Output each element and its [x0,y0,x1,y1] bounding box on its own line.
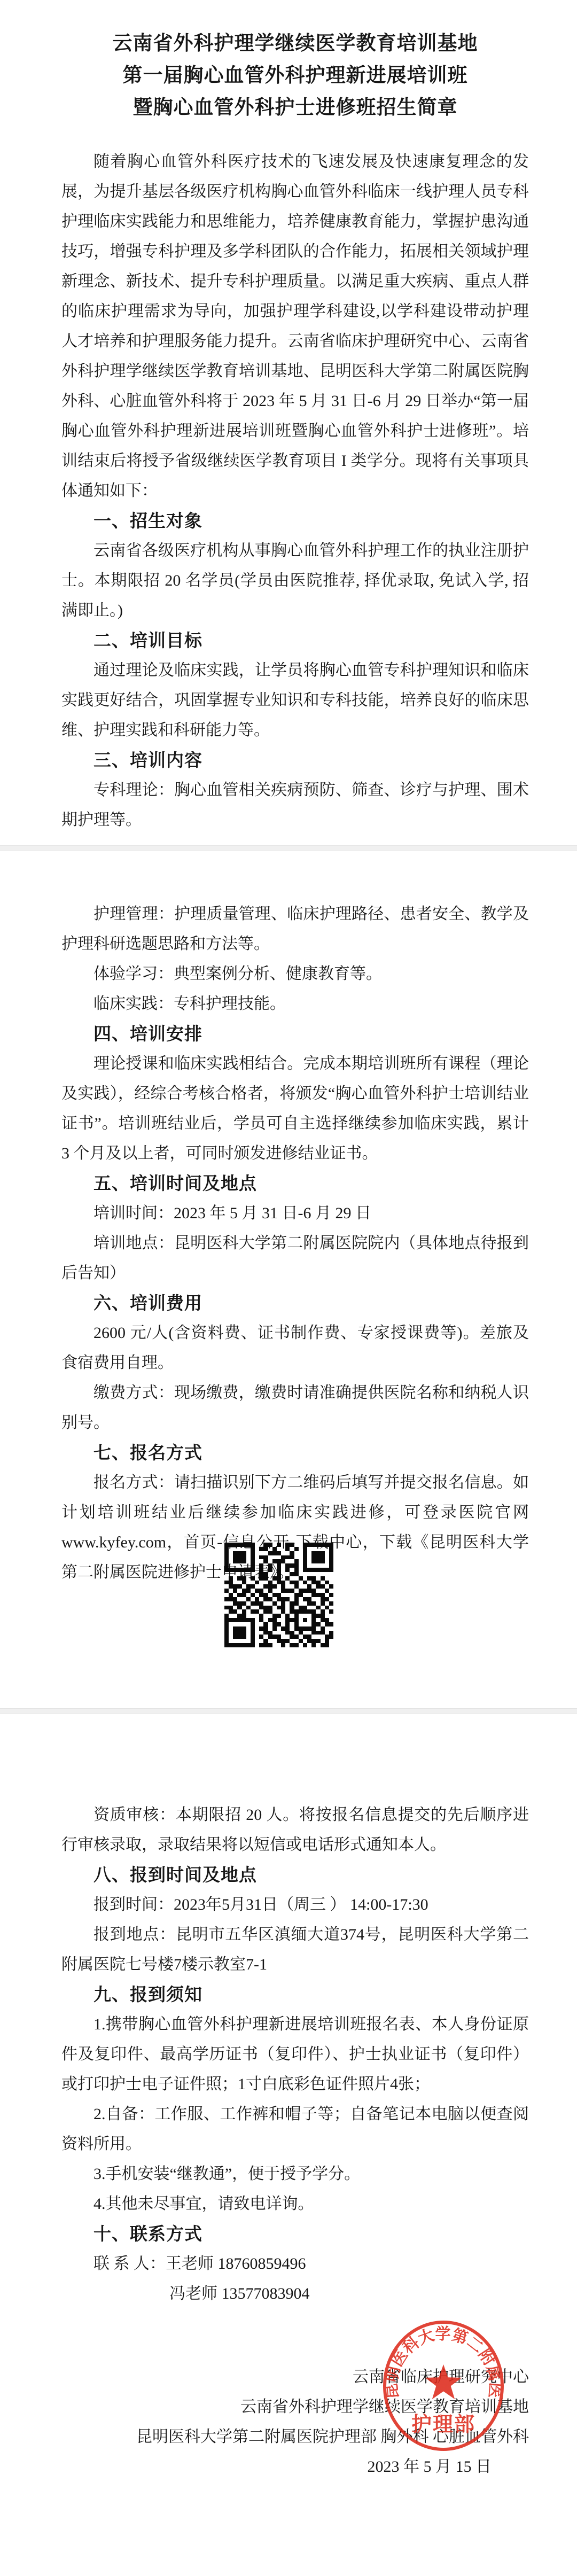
intro-paragraph: 随着胸心血管外科医疗技术的飞速发展及快速康复理念的发展，为提升基层各级医疗机构胸… [61,147,529,506]
seal-dept-text: 护理部 [411,2414,475,2436]
section-heading-enrollment-target: 一、招生对象 [61,506,529,536]
seal-star-icon [425,2364,462,2399]
training-arrangement-paragraph: 理论授课和临床实践相结合。完成本期培训班所有课程（理论及实践），经综合考核合格者… [61,1049,529,1169]
experiential-learning-paragraph: 体验学习：典型案例分析、健康教育等。 [61,959,529,989]
section-heading-time-place: 五、培训时间及地点 [61,1169,529,1198]
section-heading-fee: 六、培训费用 [61,1288,529,1318]
training-goal-paragraph: 通过理论及临床实践，让学员将胸心血管专科护理知识和临床实践更好结合，巩固掌握专业… [61,656,529,745]
contact-person-2: 冯老师 13577083904 [61,2279,529,2309]
checkin-note-item-1: 1.携带胸心血管外科护理新进展培训班报名表、本人身份证原件及复印件、最高学历证书… [61,2010,529,2099]
section-heading-training-goal: 二、培训目标 [61,626,529,656]
document-page-1: 云南省外科护理学继续医学教育培训基地 第一届胸心血管外科护理新进展培训班 暨胸心… [61,0,529,845]
section-heading-checkin-time-place: 八、报到时间及地点 [61,1860,529,1890]
page-title: 云南省外科护理学继续医学教育培训基地 第一届胸心血管外科护理新进展培训班 暨胸心… [61,28,529,124]
clinical-practice-paragraph: 临床实践：专科护理技能。 [61,989,529,1019]
payment-method-paragraph: 缴费方式：现场缴费，缴费时请准确提供医院名称和纳税人识别号。 [61,1378,529,1438]
section-heading-checkin-notes: 九、报到须知 [61,1980,529,2010]
qualification-review-paragraph: 资质审核：本期限招 20 人。将按报名信息提交的先后顺序进行审核录取，录取结果将… [61,1800,529,1860]
fee-paragraph: 2600 元/人(含资料费、证书制作费、专家授课费等)。差旅及食宿费用自理。 [61,1318,529,1378]
page-separator-2 [0,1708,577,1714]
section-heading-contact: 十、联系方式 [61,2219,529,2249]
date-line: 2023 年 5 月 15 日 [61,2452,529,2482]
section-heading-training-arrangement: 四、培训安排 [61,1019,529,1049]
checkin-note-item-4: 4.其他未尽事宜，请致电详询。 [61,2189,529,2219]
nursing-management-paragraph: 护理管理：护理质量管理、临床护理路径、患者安全、教学及护理科研选题思路和方法等。 [61,899,529,959]
page-separator-1 [0,845,577,851]
training-content-theory-paragraph: 专科理论：胸心血管相关疾病预防、筛查、诊疗与护理、围术期护理等。 [61,775,529,835]
checkin-time-paragraph: 报到时间：2023年5月31日（周三 ） 14:00-17:30 [61,1890,529,1920]
qr-code [224,1543,333,1647]
checkin-note-item-2: 2.自备：工作服、工作裤和帽子等；自备笔记本电脑以便查阅资料所用。 [61,2099,529,2159]
training-time-paragraph: 培训时间：2023 年 5 月 31 日-6 月 29 日 [61,1198,529,1228]
contact-person-1: 联 系 人：王老师 18760859496 [61,2249,529,2279]
training-place-paragraph: 培训地点：昆明医科大学第二附属医院院内（具体地点待报到后告知） [61,1228,529,1288]
checkin-note-item-3: 3.手机安装“继教通”，便于授予学分。 [61,2159,529,2189]
section-heading-registration: 七、报名方式 [61,1438,529,1468]
page-title-line-1: 云南省外科护理学继续医学教育培训基地 [61,28,529,60]
document-page-2: 护理管理：护理质量管理、临床护理路径、患者安全、教学及护理科研选题思路和方法等。… [61,851,529,1708]
checkin-place-paragraph: 报到地点：昆明市五华区滇缅大道374号，昆明医科大学第二附属医院七号楼7楼示教室… [61,1920,529,1980]
section-heading-training-content: 三、培训内容 [61,745,529,775]
official-seal: 昆明医科大学第二附属医院 护理部 [380,2319,506,2453]
page-title-line-2: 第一届胸心血管外科护理新进展培训班 [61,60,529,92]
page-title-line-3: 暨胸心血管外科护士进修班招生简章 [61,92,529,124]
enrollment-target-paragraph: 云南省各级医疗机构从事胸心血管外科护理工作的执业注册护士。本期限招 20 名学员… [61,536,529,626]
